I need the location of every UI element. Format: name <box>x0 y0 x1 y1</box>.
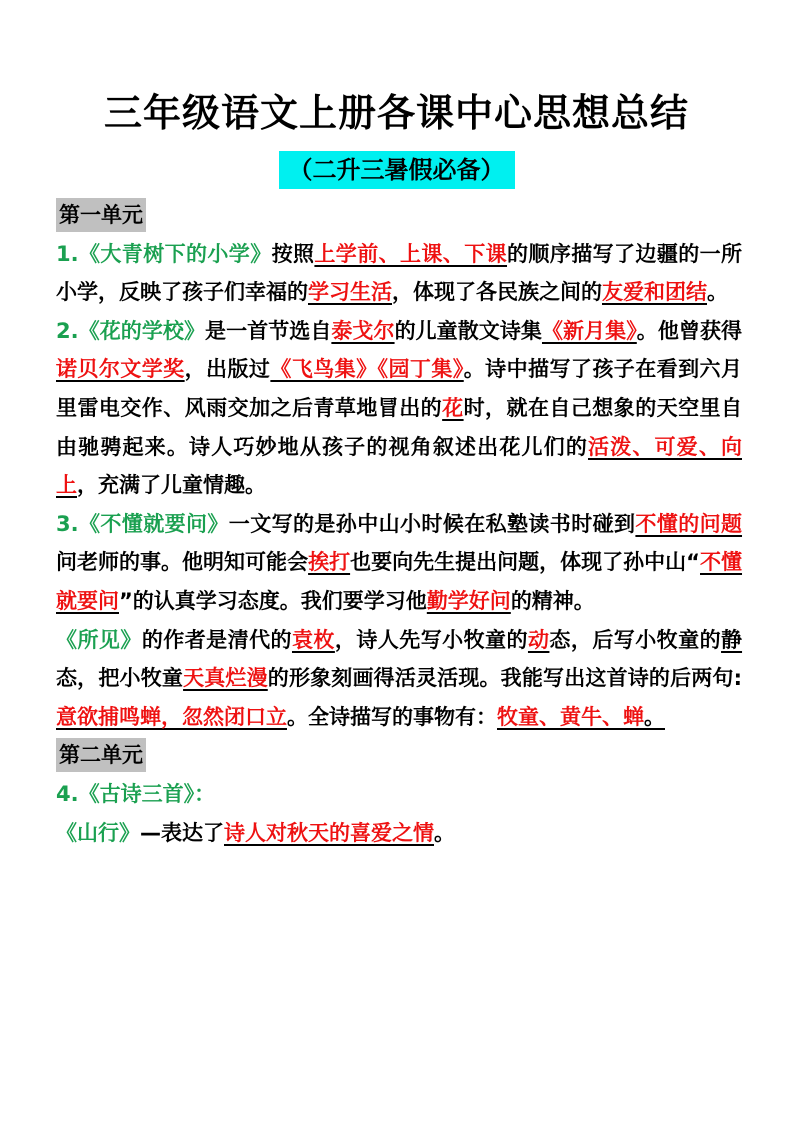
lesson-title: 2.《花的学校》 <box>56 319 205 343</box>
text: 。 <box>707 280 728 304</box>
text: 。 <box>644 705 665 729</box>
lesson-paragraph-suojian: 《所见》的作者是清代的袁枚，诗人先写小牧童的动态，后写小牧童的静态，把小牧童天真… <box>56 621 742 737</box>
keyword: 动 <box>528 628 549 652</box>
text: ，体现了各民族之间的 <box>392 280 602 304</box>
keyword: 上学前、上课、下课 <box>314 242 507 266</box>
text: 。全诗描写的事物有： <box>287 705 497 729</box>
text: 的儿童散文诗集 <box>395 319 542 343</box>
text: 。 <box>434 821 455 845</box>
text: ”的认真学习态度。我们要学习他 <box>119 589 427 613</box>
keyword: 挨打 <box>308 550 350 574</box>
lesson-title: 《山行》 <box>56 821 140 845</box>
keyword: 花 <box>442 396 463 420</box>
text: 的形象刻画得活灵活现。我能写出这首诗的后两句: <box>268 666 742 690</box>
keyword: 《新月集》 <box>542 319 637 343</box>
unit-heading-2: 第二单元 <box>56 738 146 772</box>
keyword: 学习生活 <box>308 280 392 304</box>
lesson-title: 3.《不懂就要问》 <box>56 512 229 536</box>
lesson-paragraph-3: 3.《不懂就要问》一文写的是孙中山小时候在私塾读书时碰到不懂的问题问老师的事。他… <box>56 505 742 621</box>
keyword: 意欲捕鸣蝉，忽然闭口立 <box>56 705 287 729</box>
keyword: 袁枚 <box>292 628 335 652</box>
keyword: 友爱和团结 <box>602 280 707 304</box>
subtitle-highlight: （二升三暑假必备） <box>279 151 515 189</box>
text: ，充满了儿童情趣。 <box>77 473 266 497</box>
lesson-title: 4.《古诗三首》： <box>56 782 215 806</box>
keyword: 牧童、黄牛、蝉 <box>497 705 644 729</box>
text: 的精神。 <box>511 589 595 613</box>
text: 态，把小牧童 <box>56 666 183 690</box>
text: 也要向先生提出问题，体现了孙中山“ <box>350 550 700 574</box>
text: 的作者是清代的 <box>142 628 292 652</box>
text: 一文写的是孙中山小时候在私塾读书时碰到 <box>229 512 636 536</box>
keyword: 诺贝尔文学奖 <box>56 357 185 381</box>
lesson-paragraph-1: 1.《大青树下的小学》按照上学前、上课、下课的顺序描写了边疆的一所小学，反映了孩… <box>56 235 742 312</box>
lesson-paragraph-2: 2.《花的学校》是一首节选自泰戈尔的儿童散文诗集《新月集》。他曾获得诺贝尔文学奖… <box>56 312 742 505</box>
text: 按照 <box>272 242 315 266</box>
text: ，诗人先写小牧童的 <box>335 628 528 652</box>
lesson-paragraph-4: 4.《古诗三首》： <box>56 775 742 814</box>
unit-heading-1: 第一单元 <box>56 198 146 232</box>
page-title: 三年级语文上册各课中心思想总结 <box>0 82 793 137</box>
keyword: 《飞鸟集》《园丁集》 <box>270 357 463 381</box>
text: ，出版过 <box>185 357 271 381</box>
lesson-paragraph-shanxing: 《山行》—表达了诗人对秋天的喜爱之情。 <box>56 814 742 853</box>
keyword: 勤学好问 <box>427 589 511 613</box>
underlined-word: 静 <box>721 628 742 652</box>
text: —表达了 <box>140 821 224 845</box>
keyword: 不懂的问题 <box>635 512 742 536</box>
text: 是一首节选自 <box>205 319 331 343</box>
document-body: 第一单元 1.《大青树下的小学》按照上学前、上课、下课的顺序描写了边疆的一所小学… <box>56 196 742 852</box>
keyword: 泰戈尔 <box>331 319 394 343</box>
keyword: 诗人对秋天的喜爱之情 <box>224 821 434 845</box>
text: 态，后写小牧童的 <box>549 628 721 652</box>
text: 问老师的事。他明知可能会 <box>56 550 308 574</box>
keyword: 天真烂漫 <box>183 666 268 690</box>
lesson-title: 《所见》 <box>56 628 142 652</box>
lesson-title: 1.《大青树下的小学》 <box>56 242 272 266</box>
text: 。他曾获得 <box>637 319 742 343</box>
